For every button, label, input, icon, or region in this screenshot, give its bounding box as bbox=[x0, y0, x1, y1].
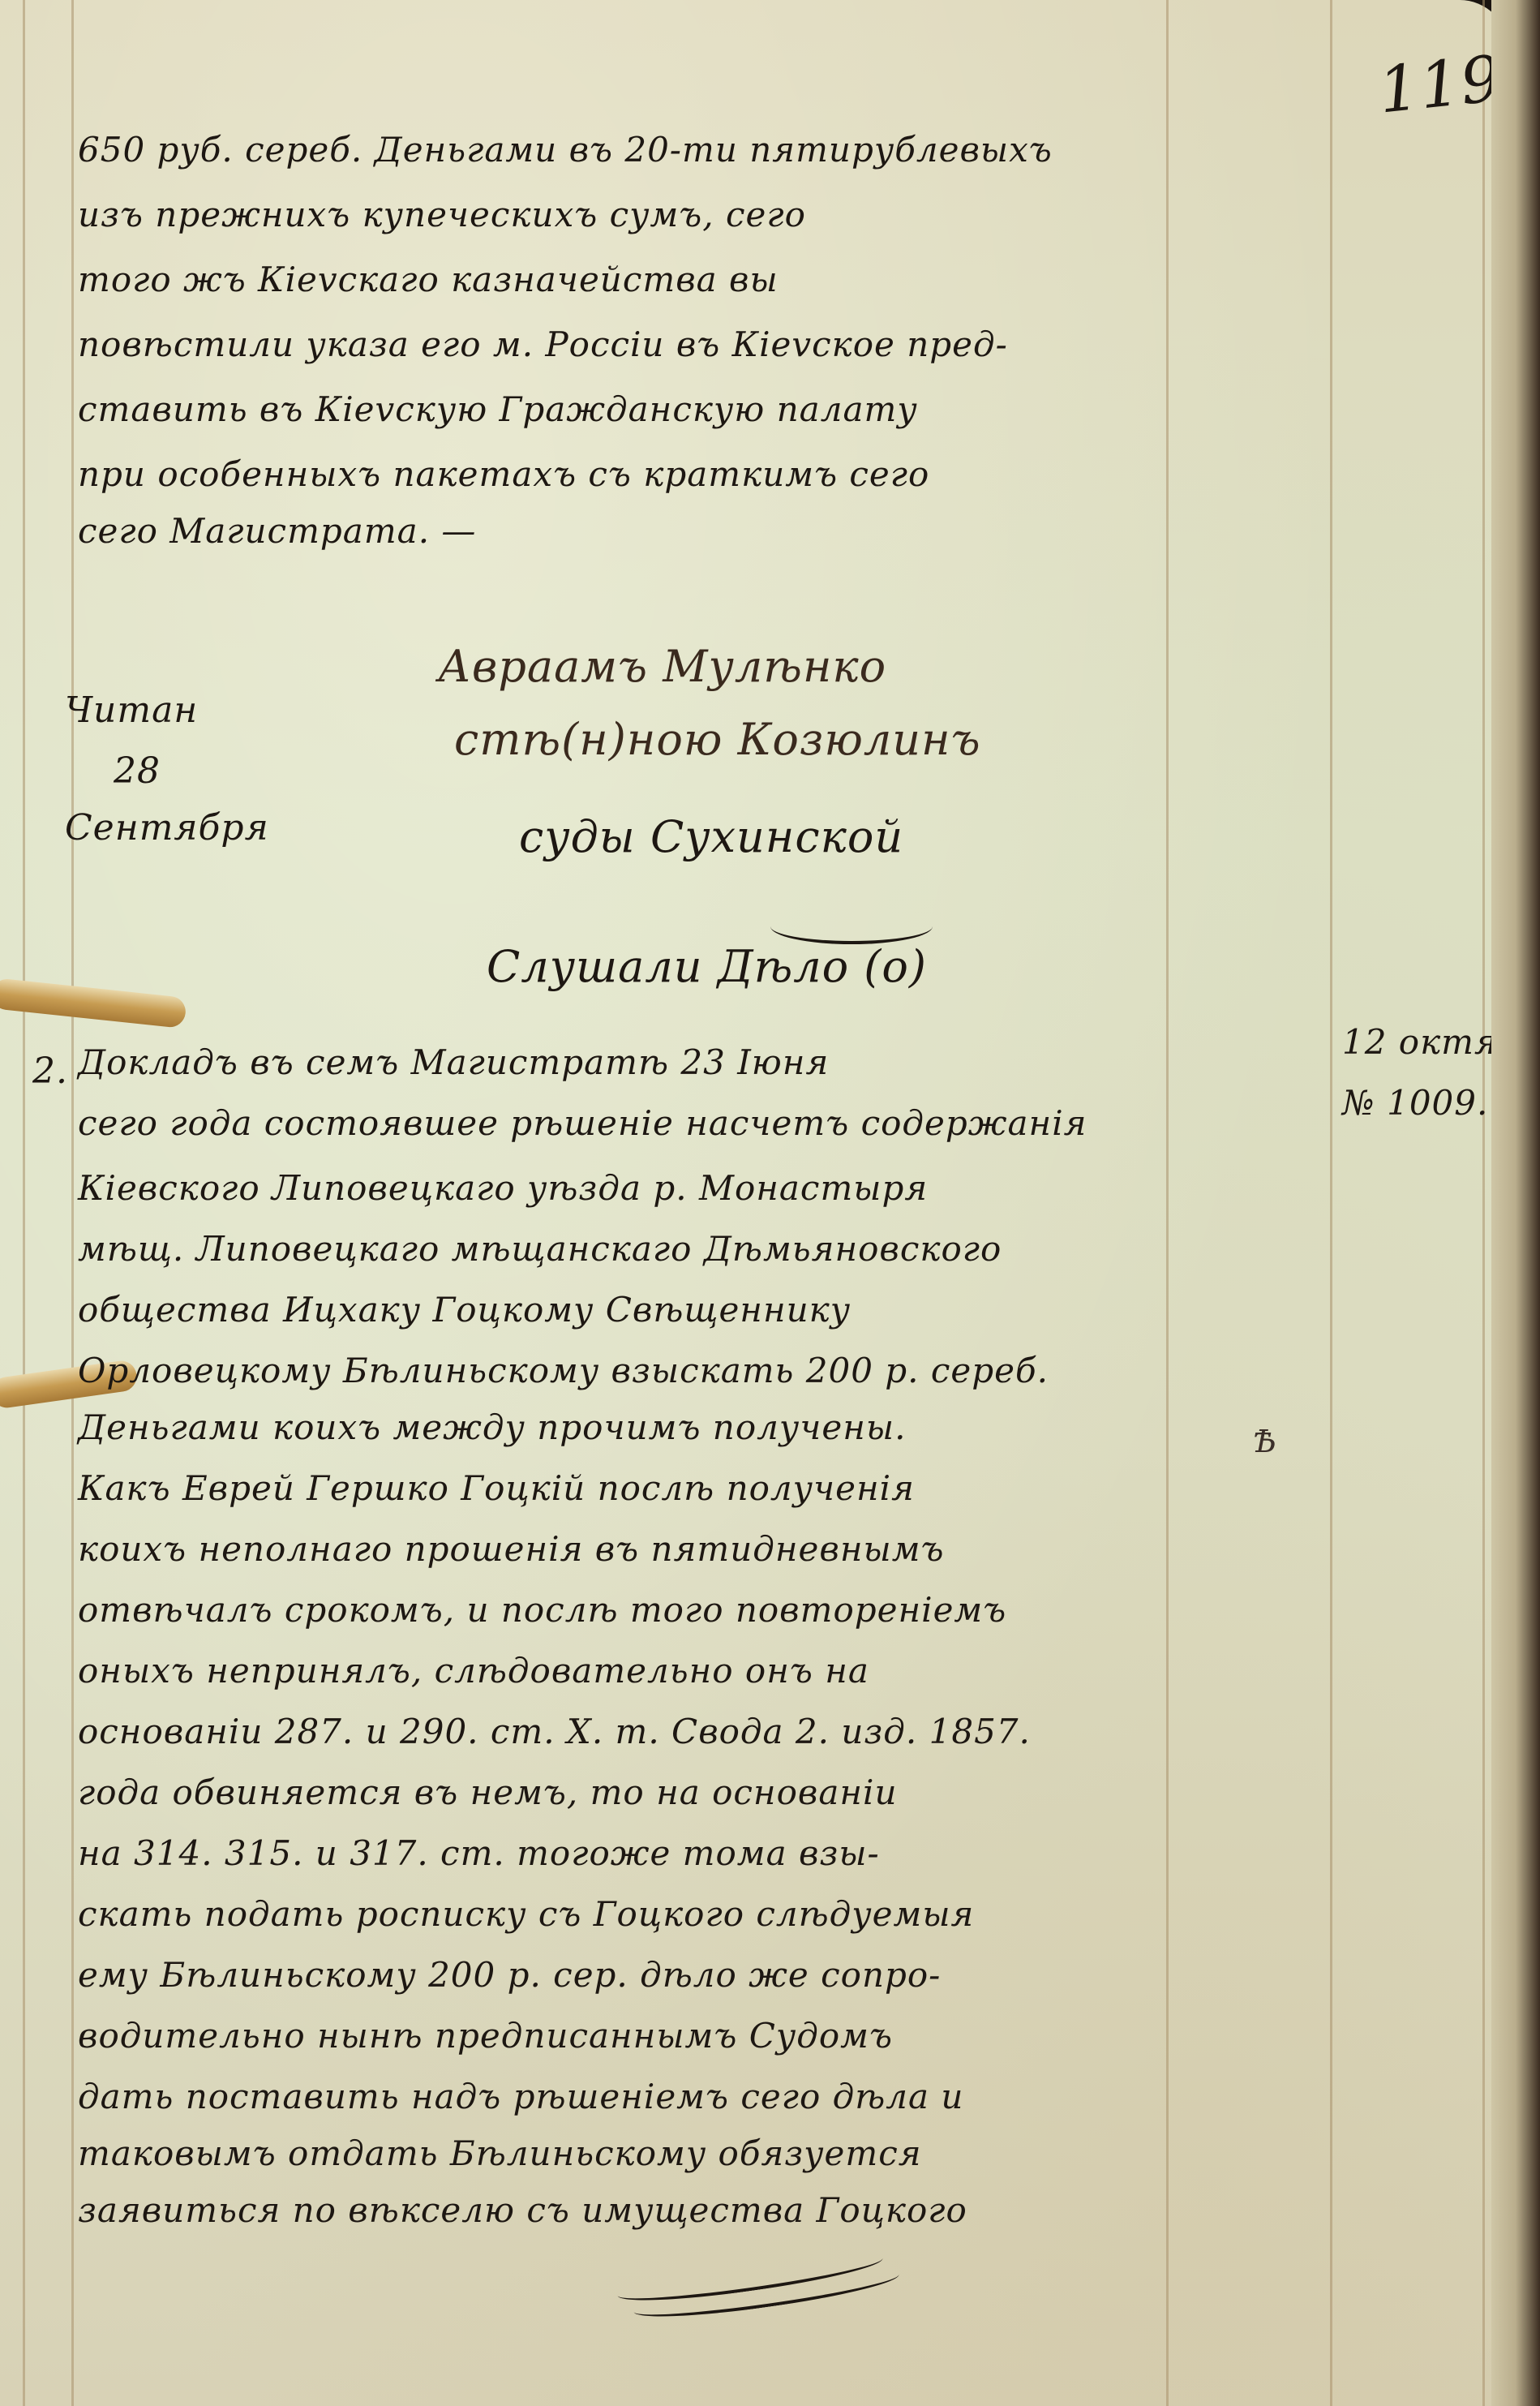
signature-line: стѣ(н)ною Козюлинъ bbox=[454, 714, 981, 765]
text-line: скать подать росписку съ Гоцкого слѣдуем… bbox=[78, 1894, 974, 1934]
binding-twine bbox=[0, 977, 187, 1029]
text-line: Орловецкому Бѣлиньскому взыскать 200 р. … bbox=[78, 1351, 1049, 1390]
text-line: сего года состоявшее рѣшенiе насчетъ сод… bbox=[78, 1103, 1087, 1143]
margin-month: Сентября bbox=[65, 807, 269, 849]
text-line: водительно нынѣ предписаннымъ Судомъ bbox=[78, 2016, 893, 2056]
ruling-line bbox=[1330, 0, 1332, 2406]
text-line: года обвиняется въ немъ, то на основанiи bbox=[78, 1772, 898, 1812]
text-line: при особенныхъ пакетахъ съ краткимъ сего bbox=[78, 454, 929, 494]
text-line: оныхъ непринялъ, слѣдовательно онъ на bbox=[78, 1651, 869, 1691]
text-line: повѣстили указа его м. Россiи въ Кievско… bbox=[78, 324, 1008, 364]
text-line: Докладъ въ семъ Магистратѣ 23 Iюня bbox=[78, 1042, 829, 1082]
text-line: мѣщ. Липовецкаго мѣщанскаго Дѣмьяновског… bbox=[78, 1229, 1002, 1269]
text-line: Кiевского Липовецкаго уѣзда р. Монастыря bbox=[78, 1168, 928, 1208]
signature-line: Авраамъ Мулѣнко bbox=[438, 641, 886, 692]
ruling-line bbox=[1166, 0, 1169, 2406]
section-heading: Слушали Дѣло (о) bbox=[487, 941, 927, 992]
text-line: ставить въ Кievскую Гражданскую палату bbox=[78, 389, 918, 429]
book-edge bbox=[1491, 0, 1540, 2406]
text-line: коихъ неполнаго прошенiя въ пятидневнымъ bbox=[78, 1529, 945, 1569]
text-line: Какъ Еврей Гершко Гоцкiй послѣ полученiя bbox=[78, 1468, 915, 1508]
folio-number: 119 bbox=[1375, 42, 1505, 127]
document-page: 119 650 руб. сереб. Деньгами въ 20-ти пя… bbox=[0, 0, 1508, 2406]
ink-smudge: Ѣ bbox=[1253, 1424, 1276, 1459]
text-line: основанiи 287. и 290. ст. X. т. Свода 2.… bbox=[78, 1712, 1031, 1751]
text-line: того жъ Кievскаго казначейства вы bbox=[78, 260, 779, 299]
signature-line: суды Сухинской bbox=[519, 811, 903, 862]
margin-reference-number: № 1009. bbox=[1342, 1083, 1488, 1123]
heading-flourish bbox=[770, 909, 933, 944]
text-line: общества Ицхаку Гоцкому Свѣщеннику bbox=[78, 1290, 851, 1330]
ruling-line bbox=[23, 0, 25, 2406]
text-line: таковымъ отдать Бѣлиньскому обязуется bbox=[78, 2133, 922, 2173]
text-line: изъ прежнихъ купеческихъ сумъ, сего bbox=[78, 195, 806, 234]
text-line: сего Магистрата. — bbox=[78, 511, 476, 551]
ruling-line bbox=[71, 0, 74, 2406]
text-line: Деньгами коихъ между прочимъ получены. bbox=[78, 1407, 906, 1447]
text-line: ему Бѣлиньскому 200 р. сер. дѣло же сопр… bbox=[78, 1955, 941, 1995]
text-line: дать поставить надъ рѣшенiемъ сего дѣла … bbox=[78, 2077, 963, 2116]
text-line: на 314. 315. и 317. ст. тогоже тома взы- bbox=[78, 1833, 880, 1873]
item-number: 2. bbox=[32, 1050, 68, 1092]
text-line: заявиться по вѣкселю съ имущества Гоцког… bbox=[78, 2190, 967, 2230]
text-line: отвѣчалъ срокомъ, и послѣ того повторенi… bbox=[78, 1590, 1006, 1630]
margin-date: 28 bbox=[114, 750, 161, 792]
text-line: 650 руб. сереб. Деньгами въ 20-ти пятиру… bbox=[78, 130, 1053, 170]
margin-text: Читан bbox=[65, 690, 198, 731]
ruling-line bbox=[1482, 0, 1485, 2406]
